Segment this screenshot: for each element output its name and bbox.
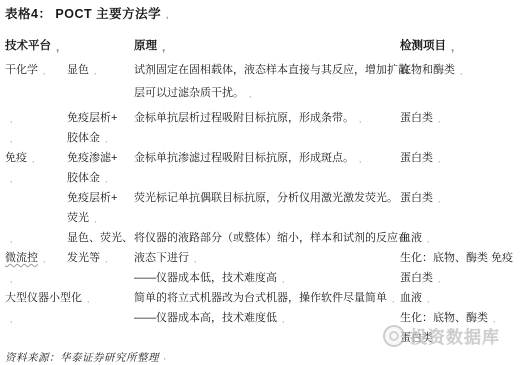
table-row: 干化学,显色,试剂固定在固相载体，液态样本直接与其反应，增加扩散底物和酶类, xyxy=(5,60,520,80)
paragraph-mark: , xyxy=(10,315,12,324)
cell-principle: 液态下进行, xyxy=(134,248,400,268)
cell-method xyxy=(67,83,134,103)
cell-method: 免疫渗滤+ xyxy=(67,148,134,168)
cell-principle: 将仪器的液路部分（或整体）缩小，样本和试剂的反应在 xyxy=(134,228,400,248)
cell-platform: , xyxy=(5,228,67,248)
paragraph-mark: , xyxy=(392,295,394,304)
table-title: 表格4： POCT 主要方法学, xyxy=(5,4,520,24)
cell-items: 生化：底物、酶类, xyxy=(400,308,520,328)
paragraph-mark: , xyxy=(451,42,454,54)
cell-items: 蛋白类, xyxy=(400,188,520,208)
cell-platform: 大型仪器小型化, xyxy=(5,288,67,308)
table-row: 免疫层析+荧光标记单抗偶联目标抗原，分析仪用激光激发荧光。,蛋白类, xyxy=(5,188,520,208)
cell-method: 免疫层析+ xyxy=(67,108,134,128)
paragraph-mark: , xyxy=(438,195,440,204)
table-row: ,免疫层析+金标单抗层析过程吸附目标抗原，形成条带。,蛋白类, xyxy=(5,108,520,128)
paragraph-mark: , xyxy=(105,255,107,264)
cell-principle: ——仪器成本低，技术难度高, xyxy=(134,268,400,288)
cell-platform: , xyxy=(5,268,67,288)
paragraph-mark: , xyxy=(10,235,12,244)
paragraph-mark: , xyxy=(438,155,440,164)
cell-items: 血液, xyxy=(400,288,520,308)
document-page: 表格4： POCT 主要方法学, 技术平台,原理,检测项目, 干化学,显色,试剂… xyxy=(0,0,520,365)
cell-platform: 微流控, xyxy=(5,248,67,268)
cell-method: 免疫层析+ xyxy=(67,188,134,208)
cell-principle xyxy=(134,328,400,348)
paragraph-mark: , xyxy=(94,215,96,224)
paragraph-mark: , xyxy=(105,135,107,144)
cell-platform: 技术平台, xyxy=(5,36,67,56)
source-note: 资料来源：华泰证券研究所整理, xyxy=(5,350,520,365)
table-row: ,——仪器成本低，技术难度高,蛋白类, xyxy=(5,268,520,288)
paragraph-mark: , xyxy=(43,67,45,76)
cell-items: 蛋白类, xyxy=(400,328,520,348)
paragraph-mark: , xyxy=(282,275,284,284)
cell-principle: 金标单抗层析过程吸附目标抗原，形成条带。, xyxy=(134,108,400,128)
cell-items: 底物和酶类, xyxy=(400,60,520,80)
cell-principle: 原理, xyxy=(134,36,400,56)
table-row: 大型仪器小型化,简单的将立式机器改为台式机器，操作软件尽量简单,血液, xyxy=(5,288,520,308)
cell-method xyxy=(67,288,134,308)
paragraph-mark: , xyxy=(10,135,12,144)
table-title-text: 表格4： POCT 主要方法学 xyxy=(5,7,161,21)
cell-platform: , xyxy=(5,168,67,188)
cell-principle xyxy=(134,168,400,188)
paragraph-mark: , xyxy=(282,315,284,324)
cell-items xyxy=(400,208,520,228)
table-row: ,胶体金, xyxy=(5,168,520,188)
cell-principle: 试剂固定在固相载体，液态样本直接与其反应，增加扩散 xyxy=(134,60,400,80)
paragraph-mark: , xyxy=(87,295,89,304)
cell-principle: 荧光标记单抗偶联目标抗原，分析仪用激光激发荧光。, xyxy=(134,188,400,208)
cell-items xyxy=(400,128,520,148)
cell-principle xyxy=(134,128,400,148)
paragraph-mark: , xyxy=(427,295,429,304)
table-header: 技术平台,原理,检测项目, xyxy=(5,36,520,56)
cell-platform xyxy=(5,208,67,228)
cell-platform: 干化学, xyxy=(5,60,67,80)
cell-method: 胶体金, xyxy=(67,168,134,188)
cell-platform: , xyxy=(5,128,67,148)
cell-method xyxy=(67,268,134,288)
table-row: 荧光, xyxy=(5,208,520,228)
paragraph-mark: , xyxy=(56,42,59,54)
paragraph-mark: , xyxy=(164,352,167,361)
cell-method xyxy=(67,308,134,328)
cell-method: 显色, xyxy=(67,60,134,80)
source-note-text: 资料来源：华泰证券研究所整理 xyxy=(5,352,159,364)
cell-principle: ——仪器成本高，技术难度低, xyxy=(134,308,400,328)
cell-method: 胶体金, xyxy=(67,128,134,148)
paragraph-mark: , xyxy=(359,115,361,124)
paragraph-mark: , xyxy=(105,175,107,184)
cell-items: 蛋白类, xyxy=(400,268,520,288)
cell-items: 蛋白类, xyxy=(400,108,520,128)
paragraph-mark: , xyxy=(10,175,12,184)
cell-items: 生化：底物、酶类 免疫 xyxy=(400,248,520,268)
paragraph-mark: , xyxy=(43,255,45,264)
paragraph-mark: , xyxy=(427,235,429,244)
cell-principle: 简单的将立式机器改为台式机器，操作软件尽量简单, xyxy=(134,288,400,308)
paragraph-mark: , xyxy=(94,67,96,76)
paragraph-mark: , xyxy=(10,275,12,284)
cell-platform xyxy=(5,328,67,348)
cell-platform xyxy=(5,188,67,208)
paragraph-mark: , xyxy=(249,90,251,99)
cell-items xyxy=(400,168,520,188)
paragraph-mark: , xyxy=(438,115,440,124)
cell-method: 荧光, xyxy=(67,208,134,228)
table-row: 蛋白类, xyxy=(5,328,520,348)
cell-platform: , xyxy=(5,308,67,328)
table-body: 干化学,显色,试剂固定在固相载体，液态样本直接与其反应，增加扩散底物和酶类,层可… xyxy=(5,60,520,348)
paragraph-mark: , xyxy=(32,155,34,164)
cell-method xyxy=(67,328,134,348)
table-row: 免疫,免疫渗滤+金标单抗渗滤过程吸附目标抗原，形成斑点。,蛋白类, xyxy=(5,148,520,168)
cell-method xyxy=(67,36,134,56)
table-row: ,显色、荧光、将仪器的液路部分（或整体）缩小，样本和试剂的反应在血液, xyxy=(5,228,520,248)
cell-platform: 免疫, xyxy=(5,148,67,168)
table-row: 微流控,发光等,液态下进行,生化：底物、酶类 免疫 xyxy=(5,248,520,268)
paragraph-mark: , xyxy=(162,42,165,54)
cell-items: 血液, xyxy=(400,228,520,248)
cell-items: 蛋白类, xyxy=(400,148,520,168)
paragraph-mark: , xyxy=(10,115,12,124)
cell-items xyxy=(400,83,520,103)
paragraph-mark: , xyxy=(359,155,361,164)
paragraph-mark: , xyxy=(403,195,405,204)
cell-platform: , xyxy=(5,108,67,128)
cell-principle xyxy=(134,208,400,228)
paragraph-mark: , xyxy=(460,67,462,76)
paragraph-mark: , xyxy=(194,255,196,264)
cell-principle: 层可以过滤杂质干扰。, xyxy=(134,83,400,103)
cell-principle: 金标单抗渗滤过程吸附目标抗原，形成斑点。, xyxy=(134,148,400,168)
table-row: ,胶体金, xyxy=(5,128,520,148)
table-row: ,——仪器成本高，技术难度低,生化：底物、酶类, xyxy=(5,308,520,328)
table-row: 层可以过滤杂质干扰。, xyxy=(5,83,520,103)
cell-items: 检测项目, xyxy=(400,36,520,56)
cell-method: 发光等, xyxy=(67,248,134,268)
paragraph-mark: , xyxy=(438,275,440,284)
paragraph-mark: , xyxy=(493,315,495,324)
paragraph-mark: , xyxy=(438,335,440,344)
cell-method: 显色、荧光、 xyxy=(67,228,134,248)
paragraph-mark: , xyxy=(166,11,169,20)
cell-platform xyxy=(5,83,67,103)
